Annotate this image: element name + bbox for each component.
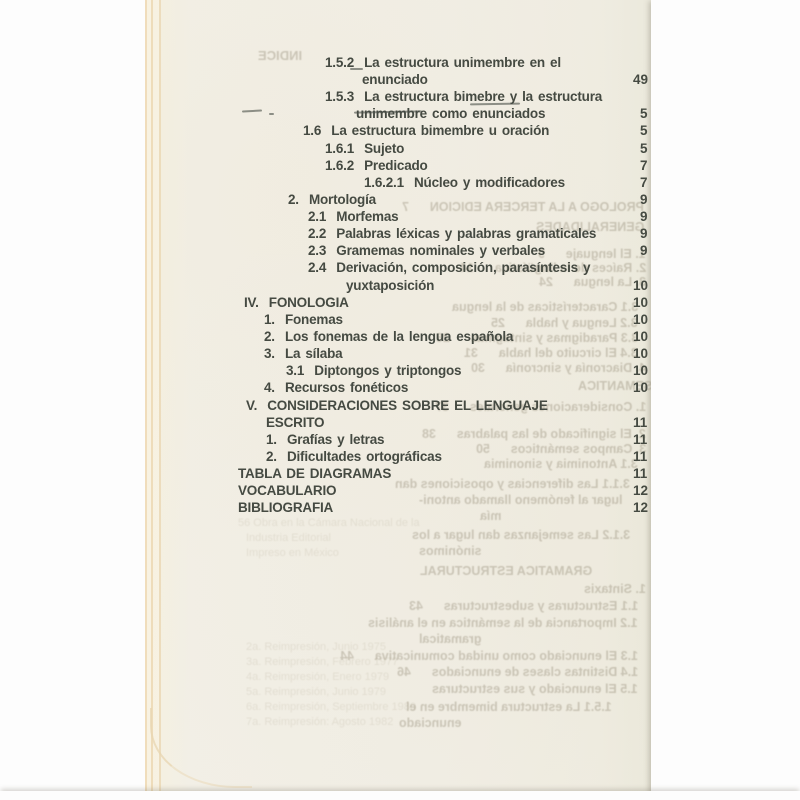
- bleed-through-faint-line: 7a. Reimpresión: Agosto 1982: [246, 715, 393, 729]
- bleed-through-faint-line: 4a. Reimpresión, Enero 1979: [246, 670, 389, 684]
- bleed-through-line: GRAMATICA ESTRUCTURAL: [420, 564, 592, 579]
- toc-entry-page-number: 5: [640, 105, 648, 122]
- bleed-through-line: 3.1 Características de la lengua: [452, 300, 638, 315]
- toc-entry-page-number: 10: [633, 328, 648, 345]
- toc-entry-page-number: 5: [640, 122, 648, 139]
- toc-entry-text: 2. Mortología: [288, 191, 376, 208]
- toc-entry-page-number: 11: [633, 414, 647, 431]
- bleed-through-faint-line: 6a. Reimpresión, Septiembre 1980: [246, 700, 416, 714]
- toc-entry-page-number: 11: [633, 431, 647, 448]
- bleed-through-line: 1.1 Estructuras y subestructuras 43: [409, 599, 638, 614]
- bleed-through-line: 3. Campos semánticos 50: [476, 442, 646, 457]
- toc-entry-text: ESCRITO: [266, 414, 324, 431]
- bleed-through-line: PROLOGO A LA TERCERA EDICION 7: [402, 200, 644, 215]
- toc-entry-page-number: 12: [633, 482, 648, 499]
- toc-entry-text: 4. Recursos fonéticos: [264, 379, 408, 396]
- bleed-through-line: sinónimos: [419, 544, 482, 559]
- toc-entry-page-number: 10: [633, 345, 648, 362]
- bleed-through-line: 3.1.1 Las diferencias y oposiciones dan: [395, 477, 630, 492]
- toc-entry-text: 3. La sílaba: [264, 345, 342, 362]
- toc-entry-text: 2.2 Palabras léxicas y palabras gramatic…: [308, 225, 596, 242]
- bleed-through-line: 1.2 Importancia de la semántica en el an…: [368, 616, 638, 631]
- toc-entry-page-number: 9: [640, 225, 648, 242]
- toc-entry-page-number: 10: [633, 277, 648, 294]
- toc-entry-text: V. CONSIDERACIONES SOBRE EL LENGUAJE: [246, 397, 548, 414]
- toc-entry-text: unimembre como enunciados: [356, 105, 545, 122]
- photo-background-bottom: [0, 791, 800, 800]
- bleed-through-line: gramatical: [419, 632, 482, 647]
- toc-entry-page-number: 7: [640, 174, 648, 191]
- bleed-through-faint-line: 5a. Reimpresión, Junio 1979: [246, 685, 386, 699]
- toc-entry-text: 2. Los fonemas de la lengua española: [264, 328, 513, 345]
- toc-entry-text: enunciado: [362, 71, 428, 88]
- toc-entry-page-number: 11: [633, 465, 647, 482]
- toc-entry-text: 1.6.2.1 Núcleo y modificadores: [364, 174, 565, 191]
- bleed-through-faint-line: 2a. Reimpresión, Junio 1975: [246, 640, 386, 654]
- toc-entry-text: IV. FONOLOGIA: [244, 294, 349, 311]
- bleed-through-line: 1.5.1 La estructura bimembre en el: [406, 700, 612, 715]
- bleed-through-line: enunciado: [399, 716, 462, 731]
- toc-entry-text: 3.1 Diptongos y triptongos: [286, 362, 461, 379]
- toc-entry-page-number: 9: [640, 208, 648, 225]
- toc-entry-text: yuxtaposición: [346, 277, 434, 294]
- toc-entry-page-number: 12: [633, 499, 648, 516]
- toc-entry-page-number: 11: [633, 448, 647, 465]
- bleed-through-line: 4. Diacronía y sincronía 30: [471, 361, 646, 376]
- bleed-through-faint-line: Impreso en México: [246, 546, 339, 560]
- bleed-through-line: 1.5 El enunciado y sus estructuras: [432, 682, 638, 697]
- bleed-through-faint-line: Industria Editorial: [246, 531, 331, 545]
- toc-entry-page-number: 9: [640, 191, 648, 208]
- toc-entry-page-number: 7: [640, 157, 648, 174]
- bleed-through-line: 3.4 El circuito del habla 31: [464, 346, 638, 361]
- toc-entry-text: 2.1 Morfemas: [308, 208, 398, 225]
- book-page-photo: 1.5.2 La estructura unimembre en elenunc…: [0, 0, 800, 800]
- bleed-through-faint-line: 56 Obra en la Cámara Nacional de la: [238, 516, 420, 530]
- bleed-through-line: mía: [480, 509, 502, 524]
- bleed-through-line: 1. Sintaxis: [584, 582, 646, 597]
- toc-entry-text: 1.6.2 Predicado: [325, 157, 428, 174]
- bleed-through-line: INDICE: [258, 48, 302, 63]
- pen-mark: [350, 68, 363, 70]
- bleed-through-faint-line: 3a. Reimpresión, Febrero 1977: [246, 655, 398, 669]
- bleed-through-line: 3.1 Antonimia y sinonimia: [484, 457, 638, 472]
- photo-background-right: [651, 0, 800, 800]
- toc-entry-text: 2.3 Gramemas nominales y verbales: [308, 242, 545, 259]
- toc-entry-text: 1.6 La estructura bimembre u oración: [303, 122, 549, 139]
- toc-entry-page-number: 10: [633, 362, 648, 379]
- toc-entry-text: 1. Grafías y letras: [266, 431, 384, 448]
- toc-entry-text: 2.4 Derivación, composición, parasíntesi…: [308, 259, 590, 276]
- bleed-through-line: lugar al fenómeno llamado antoni-: [419, 493, 623, 508]
- toc-entry-page-number: 49: [633, 71, 648, 88]
- toc-entry-page-number: 9: [640, 242, 648, 259]
- bleed-through-line: 3. La lengua 24: [539, 275, 646, 290]
- toc-entry-text: 1. Fonemas: [264, 311, 343, 328]
- toc-entry-text: TABLA DE DIAGRAMAS: [238, 465, 391, 482]
- toc-entry-page-number: 5: [640, 140, 648, 157]
- toc-entry-page-number: 10: [633, 379, 648, 396]
- bleed-through-line: 3.2 Lengua y habla 25: [491, 316, 638, 331]
- photo-background-left: [0, 0, 145, 800]
- pen-mark: [269, 113, 274, 115]
- bleed-through-line: 1.4 Distintas clases de enunciados 46: [397, 665, 638, 680]
- toc-entry-text: 1.6.1 Sujeto: [325, 140, 404, 157]
- toc-entry-text: BIBLIOGRAFIA: [238, 499, 333, 516]
- page-gutter-spine-lines: [145, 0, 172, 791]
- toc-entry-page-number: 10: [633, 311, 648, 328]
- bleed-through-line: 3.1.2 Las semejanzas dan lugar a los: [412, 528, 630, 543]
- toc-entry-text: VOCABULARIO: [238, 482, 336, 499]
- toc-entry-page-number: 10: [633, 294, 648, 311]
- bleed-through-line: 2. El significado de las palabras 38: [422, 427, 646, 442]
- toc-entry-text: 1.5.3 La estructura bimebre y la estruct…: [325, 88, 602, 105]
- toc-entry-text: 2. Dificultades ortográficas: [266, 448, 442, 465]
